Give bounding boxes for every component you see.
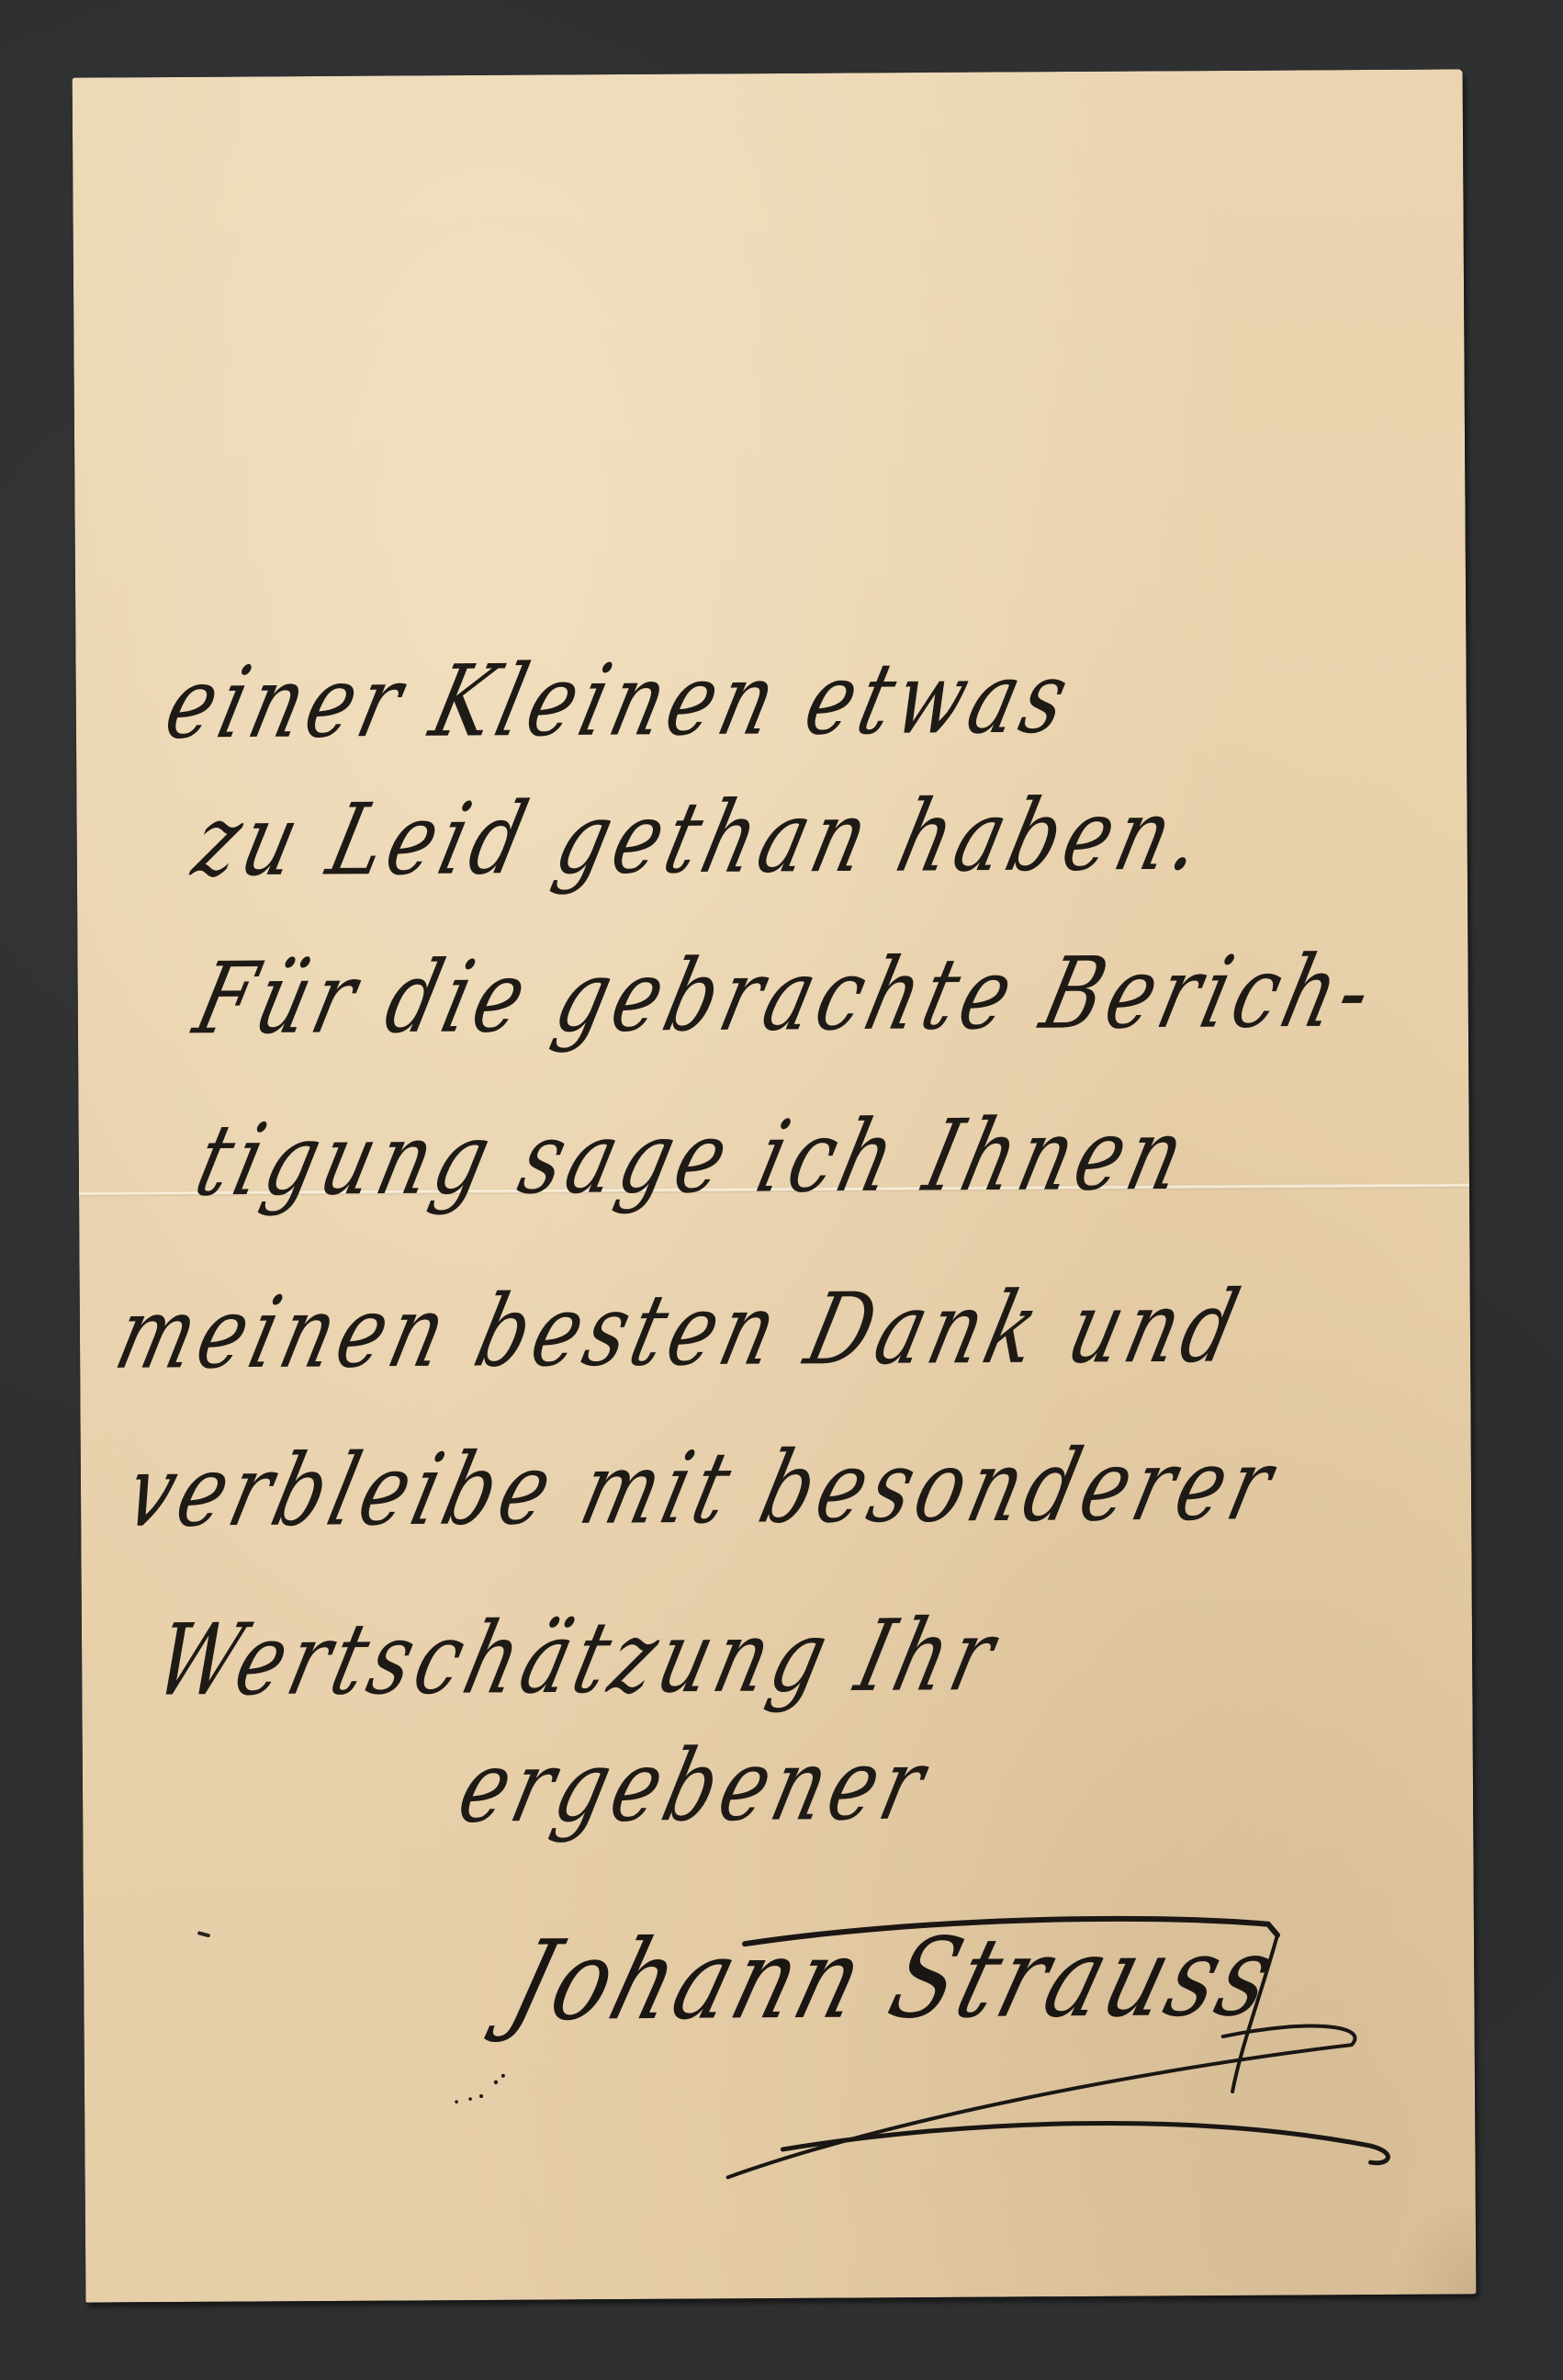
letter-sheet: einer Kleinen etwas zu Leid gethan haben…: [73, 69, 1477, 2302]
signature-flourish: [73, 69, 1477, 2302]
